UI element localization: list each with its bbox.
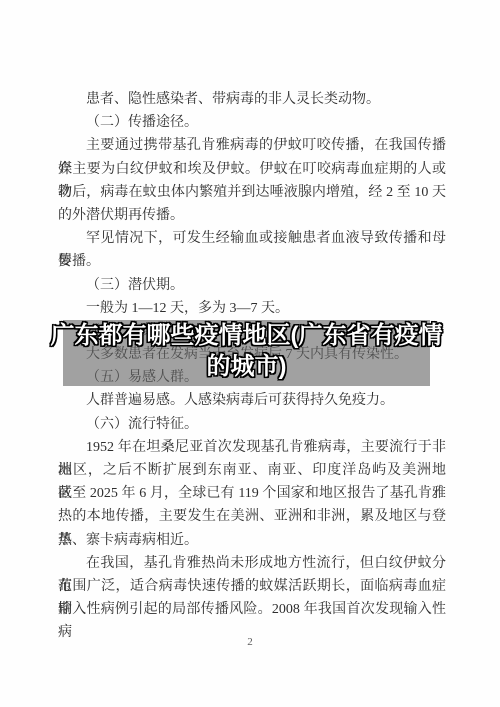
page-number: 2 xyxy=(0,636,500,648)
doc-line: 输入性病例引起的局部传播风险。2008 年我国首次发现输入性病 xyxy=(58,598,446,621)
doc-line: 一般为 1—12 天，多为 3—7 天。 xyxy=(58,297,446,320)
document-page: 患者、隐性感染者、带病毒的非人灵长类动物。 （二）传播途径。 主要通过携带基孔肯… xyxy=(0,0,500,707)
doc-line: 罕见情况下，可发生经输血或接触患者血液导致传播和母婴 xyxy=(58,227,446,250)
doc-line: （三）潜伏期。 xyxy=(58,274,446,297)
doc-line: 热、寨卡病毒病相近。 xyxy=(58,529,446,552)
doc-line: 人群普遍易感。人感染病毒后可获得持久免疫力。 xyxy=(58,389,446,412)
doc-line: 主要通过携带基孔肯雅病毒的伊蚊叮咬传播，在我国传播媒 xyxy=(58,134,446,157)
doc-line: 介主要为白纹伊蚊和埃及伊蚊。伊蚊在叮咬病毒血症期的人或动 xyxy=(58,158,446,181)
doc-line: 范围广泛，适合病毒快速传播的蚊媒活跃期长，面临病毒血症期 xyxy=(58,575,446,598)
doc-line: 患者、隐性感染者、带病毒的非人灵长类动物。 xyxy=(58,88,446,111)
doc-line: 传播。 xyxy=(58,250,446,273)
doc-line: 地区，之后不断扩展到东南亚、南亚、印度洋岛屿及美洲地区。 xyxy=(58,459,446,482)
doc-line: 1952 年在坦桑尼亚首次发现基孔肯雅病毒，主要流行于非洲 xyxy=(58,436,446,459)
doc-line: 截至 2025 年 6 月，全球已有 119 个国家和地区报告了基孔肯雅 xyxy=(58,482,446,505)
doc-line: 在我国，基孔肯雅热尚未形成地方性流行，但白纹伊蚊分布 xyxy=(58,552,446,575)
doc-line: （六）流行特征。 xyxy=(58,413,446,436)
doc-line: 物后，病毒在蚊虫体内繁殖并到达唾液腺内增殖，经 2 至 10 天 xyxy=(58,181,446,204)
overlay-title: 广东都有哪些疫情地区(广东省有疫情的城市) xyxy=(50,321,443,382)
doc-line: （二）传播途径。 xyxy=(58,111,446,134)
doc-line: 的外潜伏期再传播。 xyxy=(58,204,446,227)
doc-line: 热的本地传播，主要发生在美洲、亚洲和非洲，累及地区与登革 xyxy=(58,505,446,528)
